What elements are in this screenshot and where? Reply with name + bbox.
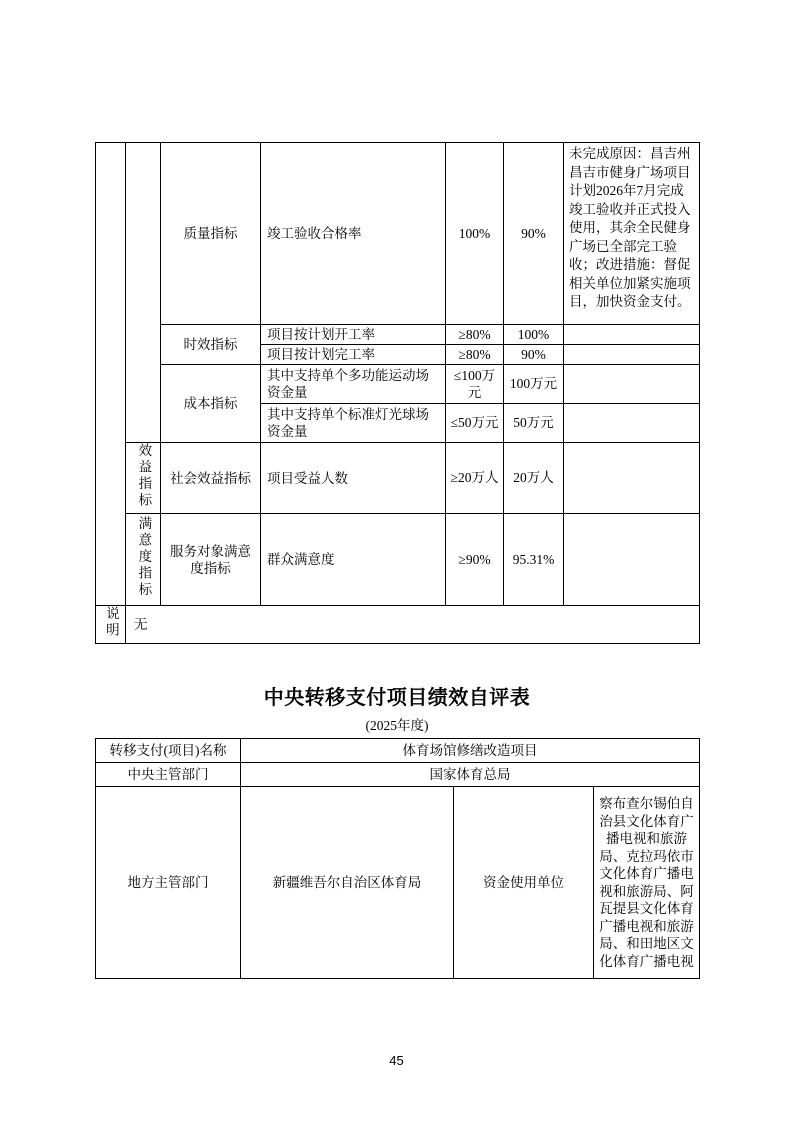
transfer-name-value-cell: 体育场馆修缮改造项目 [241, 739, 700, 763]
benefit-target-cell: ≥20万人 [446, 443, 504, 514]
time1-remark-cell [564, 325, 700, 345]
time1-actual-cell: 100% [504, 325, 564, 345]
local-dept-label-cell: 地方主管部门 [96, 787, 241, 979]
table-row: 地方主管部门 新疆维吾尔自治区体育局 资金使用单位 察布查尔锡伯自治县文化体育广… [96, 787, 700, 979]
benefit-actual-cell: 20万人 [504, 443, 564, 514]
cost2-actual-cell: 50万元 [504, 404, 564, 443]
quality-category-cell: 质量指标 [161, 143, 261, 325]
cost1-actual-cell: 100万元 [504, 365, 564, 404]
central-dept-value-cell: 国家体育总局 [241, 763, 700, 787]
table-row: 效益指标 社会效益指标 项目受益人数 ≥20万人 20万人 [96, 443, 700, 514]
benefit-category-cell: 社会效益指标 [161, 443, 261, 514]
merged-empty-cell-outer [96, 143, 126, 606]
document-page: 质量指标 竣工验收合格率 100% 90% 未完成原因：昌吉州昌吉市健身广场项目… [0, 0, 793, 1122]
time2-remark-cell [564, 345, 700, 365]
time2-indicator-cell: 项目按计划完工率 [261, 345, 446, 365]
time1-indicator-cell: 项目按计划开工率 [261, 325, 446, 345]
satisfaction-group-cell: 满意度指标 [126, 514, 161, 606]
table-row: 成本指标 其中支持单个多功能运动场资金量 ≤100万元 100万元 [96, 365, 700, 404]
time2-target-cell: ≥80% [446, 345, 504, 365]
time-category-cell: 时效指标 [161, 325, 261, 365]
table-row: 转移支付(项目)名称 体育场馆修缮改造项目 [96, 739, 700, 763]
self-eval-table: 转移支付(项目)名称 体育场馆修缮改造项目 中央主管部门 国家体育总局 地方主管… [95, 738, 700, 979]
benefit-indicator-cell: 项目受益人数 [261, 443, 446, 514]
table-row: 满意度指标 服务对象满意度指标 群众满意度 ≥90% 95.31% [96, 514, 700, 606]
transfer-name-label-cell: 转移支付(项目)名称 [96, 739, 241, 763]
benefit-remark-cell [564, 443, 700, 514]
table-row: 说明 无 [96, 606, 700, 644]
quality-target-cell: 100% [446, 143, 504, 325]
quality-actual-cell: 90% [504, 143, 564, 325]
cost2-indicator-cell: 其中支持单个标准灯光球场资金量 [261, 404, 446, 443]
fund-user-label-cell: 资金使用单位 [454, 787, 594, 979]
table-row: 时效指标 项目按计划开工率 ≥80% 100% [96, 325, 700, 345]
central-dept-label-cell: 中央主管部门 [96, 763, 241, 787]
merged-empty-cell-group [126, 143, 161, 443]
cost1-remark-cell [564, 365, 700, 404]
satisfaction-indicator-cell: 群众满意度 [261, 514, 446, 606]
time2-actual-cell: 90% [504, 345, 564, 365]
fund-user-value-cell: 察布查尔锡伯自治县文化体育广播电视和旅游局、克拉玛依市文化体育广播电视和旅游局、… [594, 787, 700, 979]
quality-indicator-cell: 竣工验收合格率 [261, 143, 446, 325]
cost2-remark-cell [564, 404, 700, 443]
local-dept-value-cell: 新疆维吾尔自治区体育局 [241, 787, 454, 979]
performance-indicator-table: 质量指标 竣工验收合格率 100% 90% 未完成原因：昌吉州昌吉市健身广场项目… [95, 142, 700, 644]
satisfaction-actual-cell: 95.31% [504, 514, 564, 606]
benefit-group-cell: 效益指标 [126, 443, 161, 514]
satisfaction-remark-cell [564, 514, 700, 606]
satisfaction-target-cell: ≥90% [446, 514, 504, 606]
cost1-indicator-cell: 其中支持单个多功能运动场资金量 [261, 365, 446, 404]
satisfaction-category-cell: 服务对象满意度指标 [161, 514, 261, 606]
cost2-target-cell: ≤50万元 [446, 404, 504, 443]
cost-category-cell: 成本指标 [161, 365, 261, 443]
page-number: 45 [0, 1053, 793, 1068]
benefit-group-label: 效益指标 [136, 443, 151, 509]
cost1-target-cell: ≤100万元 [446, 365, 504, 404]
satisfaction-group-label: 满意度指标 [136, 516, 151, 599]
note-label: 说明 [103, 606, 118, 639]
self-eval-subtitle: (2025年度) [95, 714, 699, 734]
note-label-cell: 说明 [96, 606, 126, 644]
table-row: 质量指标 竣工验收合格率 100% 90% 未完成原因：昌吉州昌吉市健身广场项目… [96, 143, 700, 325]
self-eval-title: 中央转移支付项目绩效自评表 [95, 681, 699, 710]
table-row: 中央主管部门 国家体育总局 [96, 763, 700, 787]
time1-target-cell: ≥80% [446, 325, 504, 345]
note-value-cell: 无 [126, 606, 700, 644]
quality-remark-cell: 未完成原因：昌吉州昌吉市健身广场项目计划2026年7月完成竣工验收并正式投入使用… [564, 143, 700, 325]
